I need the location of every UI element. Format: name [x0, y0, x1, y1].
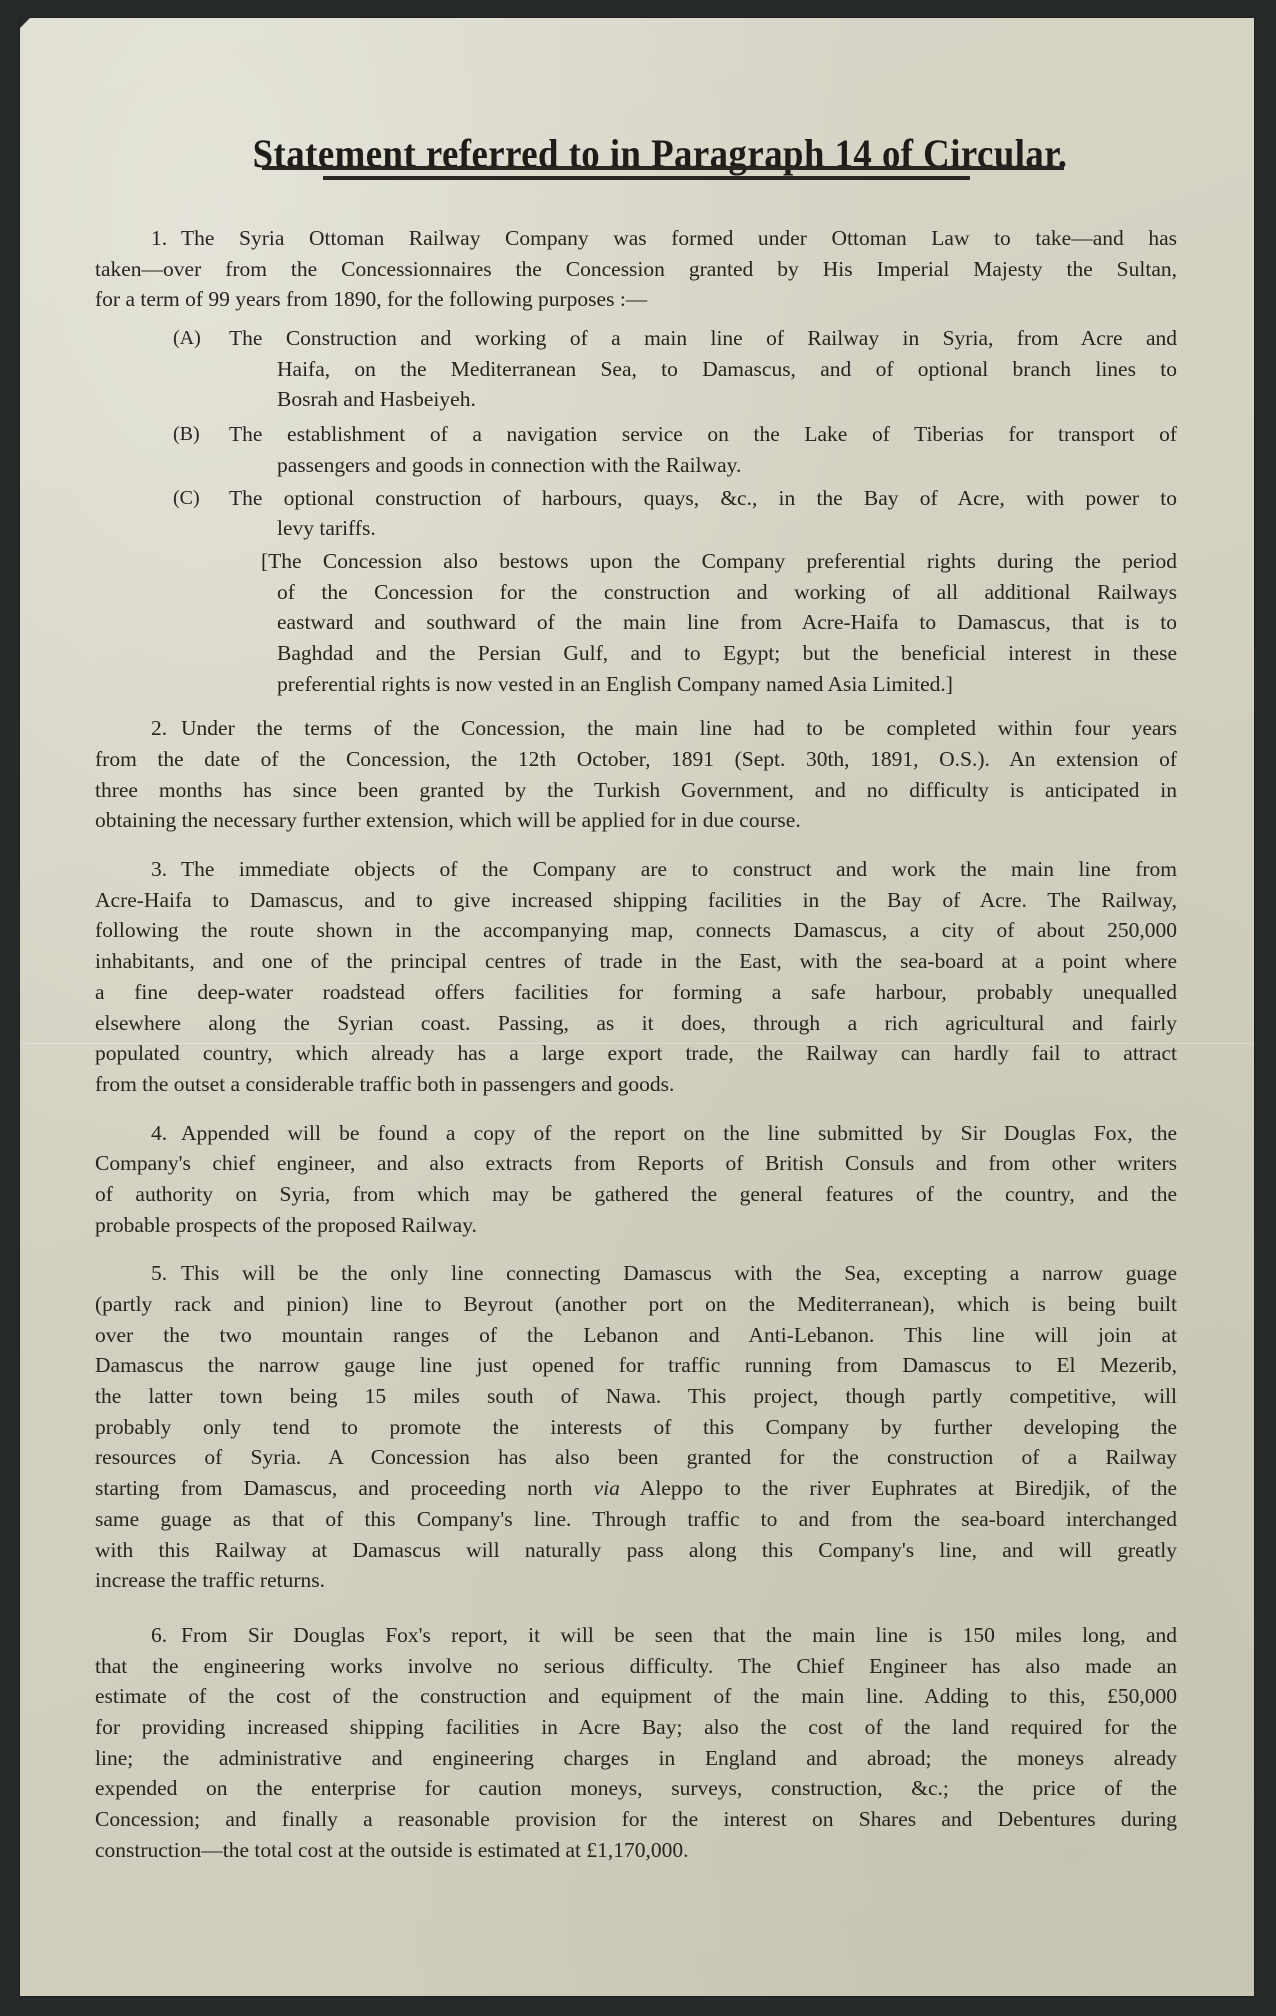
document-body: 1.The Syria Ottoman Railway Company was …: [95, 223, 1177, 1883]
item-line: Haifa, on the Mediterranean Sea, to Dama…: [95, 354, 1177, 385]
note-line: [The Concession also bestows upon the Co…: [95, 546, 1177, 577]
item-line: The Construction and working of a main l…: [95, 323, 1177, 354]
item-line: passengers and goods in connection with …: [95, 450, 1177, 481]
paragraph-line: elsewhere along the Syrian coast. Passin…: [95, 1008, 1177, 1039]
note-line: of the Concession for the construction a…: [95, 577, 1177, 608]
paragraph-line: Company's chief engineer, and also extra…: [95, 1148, 1177, 1179]
item-line: Bosrah and Hasbeiyeh.: [95, 384, 1177, 415]
paragraph-number: 2.: [151, 713, 181, 744]
paragraph-line: estimate of the cost of the construction…: [95, 1681, 1177, 1712]
paragraph-line: line; the administrative and engineering…: [95, 1743, 1177, 1774]
item-line: The optional construction of harbours, q…: [95, 483, 1177, 514]
note-line: Baghdad and the Persian Gulf, and to Egy…: [95, 638, 1177, 669]
line-text: The immediate objects of the Company are…: [181, 857, 1177, 881]
paragraph-line: over the two mountain ranges of the Leba…: [95, 1320, 1177, 1351]
page-corner: [20, 18, 30, 28]
paragraph-number: 5.: [151, 1258, 181, 1289]
paragraph-line: construction—the total cost at the outsi…: [95, 1835, 1177, 1866]
paragraph-2: 2.Under the terms of the Concession, the…: [95, 713, 1177, 836]
paragraph-line: 4.Appended will be found a copy of the r…: [95, 1118, 1177, 1149]
paragraph-line: from the date of the Concession, the 12t…: [95, 744, 1177, 775]
line-text: This will be the only line connecting Da…: [181, 1261, 1177, 1285]
paragraph-line: three months has since been granted by t…: [95, 775, 1177, 806]
item-line: The establishment of a navigation servic…: [95, 419, 1177, 450]
paragraph-line: with this Railway at Damascus will natur…: [95, 1535, 1177, 1566]
paragraph-line: 2.Under the terms of the Concession, the…: [95, 713, 1177, 744]
line-text: starting from Damascus, and proceeding n…: [95, 1476, 594, 1500]
paragraph-4: 4.Appended will be found a copy of the r…: [95, 1118, 1177, 1241]
paragraph-number: 1.: [151, 223, 181, 254]
paragraph-line: populated country, which already has a l…: [95, 1038, 1177, 1069]
item-label: (B): [173, 419, 223, 450]
item-label: (C): [173, 483, 223, 514]
item-label: (A): [173, 323, 223, 354]
line-text: Appended will be found a copy of the rep…: [181, 1121, 1177, 1145]
paragraph-line: expended on the enterprise for caution m…: [95, 1773, 1177, 1804]
paragraph-line: following the route shown in the accompa…: [95, 915, 1177, 946]
line-text: Aleppo to the river Euphrates at Biredji…: [620, 1476, 1177, 1500]
paragraph-line: Concession; and finally a reasonable pro…: [95, 1804, 1177, 1835]
paragraph-line: of authority on Syria, from which may be…: [95, 1179, 1177, 1210]
paragraph-number: 3.: [151, 854, 181, 885]
purpose-item-a: (A) The Construction and working of a ma…: [95, 323, 1177, 415]
paragraph-line: that the engineering works involve no se…: [95, 1651, 1177, 1682]
paragraph-line: increase the traffic returns.: [95, 1565, 1177, 1596]
line-text: From Sir Douglas Fox's report, it will b…: [181, 1623, 1177, 1647]
italic-via: via: [594, 1476, 620, 1500]
note-line: preferential rights is now vested in an …: [95, 669, 1177, 700]
paragraph-6: 6.From Sir Douglas Fox's report, it will…: [95, 1620, 1177, 1866]
paragraph-line: a fine deep-water roadstead offers facil…: [95, 977, 1177, 1008]
paragraph-1: 1.The Syria Ottoman Railway Company was …: [95, 223, 1177, 699]
paragraph-line: for providing increased shipping facilit…: [95, 1712, 1177, 1743]
paragraph-line: from the outset a considerable traffic b…: [95, 1069, 1177, 1100]
concession-note: [The Concession also bestows upon the Co…: [95, 546, 1177, 699]
purpose-item-c: (C) The optional construction of harbour…: [95, 483, 1177, 544]
paragraph-3: 3.The immediate objects of the Company a…: [95, 854, 1177, 1100]
paragraph-number: 4.: [151, 1118, 181, 1149]
paragraph-line: resources of Syria. A Concession has als…: [95, 1442, 1177, 1473]
paragraph-line: 3.The immediate objects of the Company a…: [95, 854, 1177, 885]
paragraph-5: 5.This will be the only line connecting …: [95, 1258, 1177, 1596]
paragraph-line: taken—over from the Concessionnaires the…: [95, 254, 1177, 285]
paragraph-line: starting from Damascus, and proceeding n…: [95, 1473, 1177, 1504]
heading-underline-lower: [323, 176, 970, 180]
paragraph-line: for a term of 99 years from 1890, for th…: [95, 284, 1177, 315]
line-text: Under the terms of the Concession, the m…: [181, 716, 1177, 740]
paragraph-line: 1.The Syria Ottoman Railway Company was …: [95, 223, 1177, 254]
paragraph-line: Damascus the narrow gauge line just open…: [95, 1350, 1177, 1381]
paragraph-line: the latter town being 15 miles south of …: [95, 1381, 1177, 1412]
paragraph-line: obtaining the necessary further extensio…: [95, 805, 1177, 836]
paragraph-line: (partly rack and pinion) line to Beyrout…: [95, 1289, 1177, 1320]
paragraph-number: 6.: [151, 1620, 181, 1651]
heading-underline-upper: [262, 166, 1064, 170]
item-line: levy tariffs.: [95, 513, 1177, 544]
paragraph-line: inhabitants, and one of the principal ce…: [95, 946, 1177, 977]
paragraph-line: 6.From Sir Douglas Fox's report, it will…: [95, 1620, 1177, 1651]
paragraph-line: Acre-Haifa to Damascus, and to give incr…: [95, 885, 1177, 916]
paragraph-line: probably only tend to promote the intere…: [95, 1412, 1177, 1443]
paragraph-line: probable prospects of the proposed Railw…: [95, 1210, 1177, 1241]
paragraph-line: 5.This will be the only line connecting …: [95, 1258, 1177, 1289]
document-page: Statement referred to in Paragraph 14 of…: [20, 18, 1254, 1996]
paragraph-line: same guage as that of this Company's lin…: [95, 1504, 1177, 1535]
note-line: eastward and southward of the main line …: [95, 607, 1177, 638]
purpose-item-b: (B) The establishment of a navigation se…: [95, 419, 1177, 480]
line-text: The Syria Ottoman Railway Company was fo…: [181, 226, 1177, 250]
